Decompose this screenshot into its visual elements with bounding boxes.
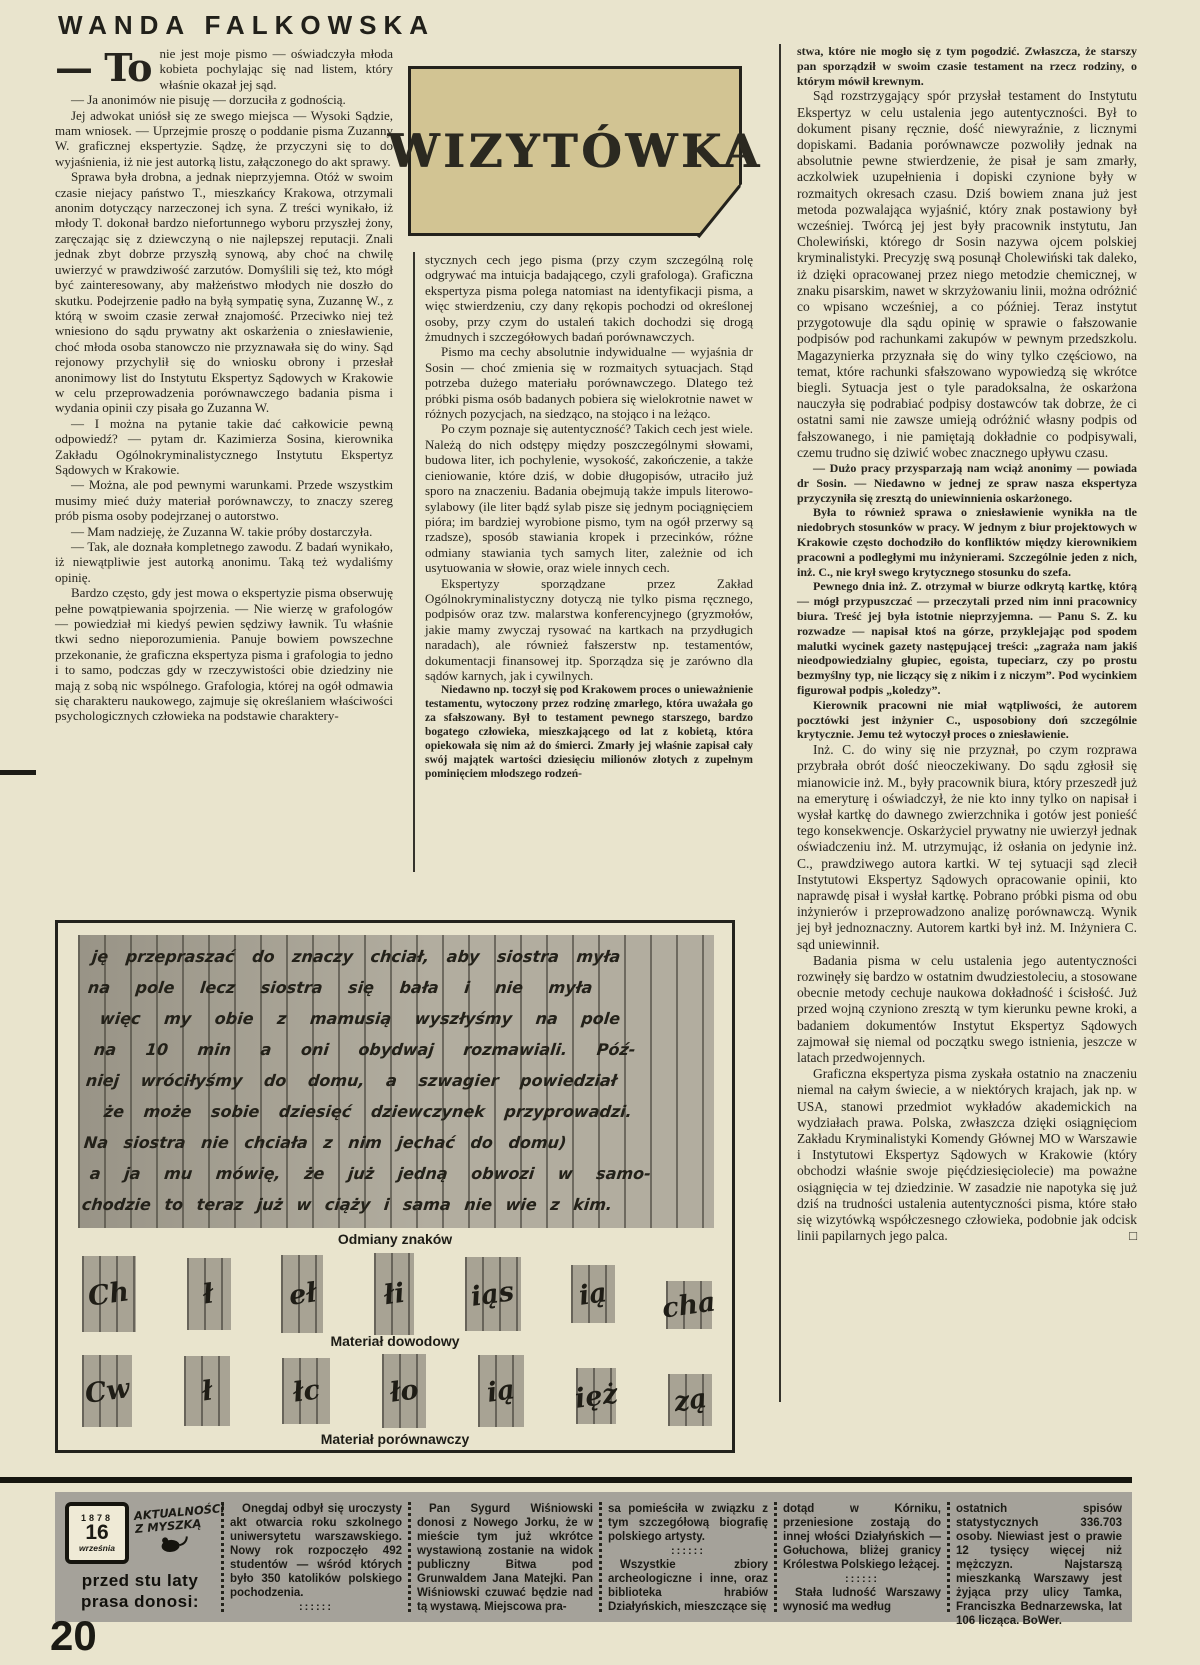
flashback-band: 1878 16 września AKTUALNOŚCI Z MYSZKĄ pr… — [55, 1492, 1132, 1622]
comparison-snippet-row: Cw ł łc ło ią ięż zą — [82, 1353, 712, 1429]
paragraph-text: Graficzna ekspertyza pisma zyskała ostat… — [797, 1066, 1137, 1243]
mouse-icon — [158, 1533, 189, 1554]
handwriting-line: na 10 min a oni obydwaj rozmawiali. Póź- — [78, 1034, 714, 1065]
paragraph-bold: Niedawno np. toczył się pod Krakowem pro… — [425, 683, 753, 781]
paragraph: Po czym poznaje się autentyczność? Takic… — [425, 421, 753, 575]
end-of-article-mark: □ — [1113, 1228, 1137, 1244]
news-item: Wszystkie zbiory archeologiczne i inne, … — [608, 1558, 768, 1614]
flashback-header: 1878 16 września AKTUALNOŚCI Z MYSZKĄ pr… — [65, 1502, 215, 1612]
figure-caption-evidence: Materiał dowodowy — [58, 1333, 732, 1349]
handwriting-line: chodzie to teraz już w ciąży i sama nie … — [78, 1189, 714, 1220]
tagline-line: przed stu laty — [65, 1570, 215, 1591]
column-divider-1 — [413, 252, 415, 872]
paragraph-bold: Kierownik pracowni nie miał wątpliwości,… — [797, 698, 1137, 742]
news-item: Stała ludność Warszawy wynosić ma według — [783, 1586, 941, 1614]
margin-dash — [0, 770, 36, 775]
dropcap: — To — [55, 46, 160, 88]
article-column-1: — Tonie jest moje pismo — oświadczyła mł… — [55, 46, 393, 724]
column-divider-2 — [779, 44, 781, 1402]
handwriting-sample-image: ję przepraszać do znaczy chciał, aby sio… — [78, 935, 714, 1228]
paragraph-bold: stwa, które nie mogło się z tym pogodzić… — [797, 44, 1137, 88]
dotted-separator — [774, 1502, 777, 1612]
article-title-box: WIZYTÓWKA — [408, 66, 742, 236]
paragraph: — Można, ale pod pewnymi warunkami. Prze… — [55, 477, 393, 523]
paragraph-bold: Była to również sprawa o zniesławienie w… — [797, 505, 1137, 579]
paragraph: Ekspertyzy sporządzane przez Zakład Ogól… — [425, 576, 753, 684]
handwriting-snippet: cha — [666, 1281, 712, 1329]
paragraph-bold: — Dużo pracy przysparzają nam wciąż anon… — [797, 461, 1137, 505]
tagline-line: prasa donosi: — [65, 1591, 215, 1612]
handwriting-snippet: ło — [382, 1354, 426, 1428]
lead-text: nie jest moje pismo — oświadczyła młoda … — [160, 46, 394, 92]
paragraph: — Mam nadzieję, że Zuzanna W. takie prób… — [55, 524, 393, 539]
snippet-glyph: iąs — [469, 1276, 516, 1313]
handwriting-line: że może sobie dziesięć dziewczynek przyp… — [78, 1096, 714, 1127]
magazine-page: WANDA FALKOWSKA — Tonie jest moje pismo … — [0, 0, 1200, 1665]
flashback-column: dotąd w Kórniku, przeniesione zostają do… — [783, 1502, 941, 1612]
section-divider-rule — [0, 1477, 1132, 1483]
handwriting-line: ję przepraszać do znaczy chciał, aby sio… — [78, 941, 714, 972]
snippet-glyph: cha — [660, 1286, 717, 1324]
paragraph: Inż. C. do winy się nie przyznał, po czy… — [797, 742, 1137, 953]
handwriting-snippet: iąs — [465, 1257, 521, 1331]
snippet-glyph: Ch — [86, 1276, 131, 1312]
dots-separator: :::::: — [608, 1546, 768, 1556]
handwriting-figure: ję przepraszać do znaczy chciał, aby sio… — [55, 920, 735, 1453]
news-item: ostatnich spisów statystycznych 336.703 … — [956, 1502, 1122, 1628]
dotted-separator — [408, 1502, 411, 1612]
paragraph: Badania pisma w celu ustalenia jego aute… — [797, 953, 1137, 1066]
handwriting-line: na pole lecz siostra się bała i nie myła — [78, 972, 714, 1003]
snippet-glyph: Cw — [83, 1373, 132, 1410]
dots-separator: :::::: — [230, 1602, 402, 1612]
snippet-glyph: łc — [291, 1374, 322, 1408]
news-item: sa pomieściła w związku z tym szczegółow… — [608, 1502, 768, 1544]
dotted-separator — [947, 1502, 950, 1612]
page-number: 20 — [50, 1612, 97, 1660]
paragraph-bold: Pewnego dnia inż. Z. otrzymał w biurze o… — [797, 579, 1137, 697]
handwriting-snippet: Cw — [82, 1355, 132, 1427]
article-title: WIZYTÓWKA — [387, 124, 762, 178]
flashback-column: ostatnich spisów statystycznych 336.703 … — [956, 1502, 1122, 1612]
handwriting-snippet: ięż — [576, 1368, 616, 1424]
dotted-separator — [599, 1502, 602, 1612]
news-item: Pan Sygurd Wiśniowski donosi z Nowego Jo… — [417, 1502, 593, 1614]
handwriting-snippet: zą — [668, 1374, 712, 1426]
calendar-day: 16 — [85, 1523, 108, 1543]
paragraph: Bardzo często, gdy jest mowa o ekspertyz… — [55, 585, 393, 724]
snippet-glyph: eł — [286, 1277, 318, 1312]
handwriting-line: Na siostra nie chciała z nim jechać do d… — [78, 1127, 714, 1158]
snippet-glyph: ł — [200, 1375, 215, 1407]
paragraph: — Ja anonimów nie pisuję — dorzuciła z g… — [55, 92, 393, 107]
handwriting-snippet: ią — [478, 1355, 524, 1427]
handwriting-snippet: ią — [571, 1265, 615, 1323]
handwriting-line: niej wróciłyśmy do domu, a szwagier powi… — [78, 1065, 714, 1096]
snippet-glyph: zą — [672, 1382, 709, 1417]
dots-separator: :::::: — [783, 1574, 941, 1584]
paragraph: — I można na pytanie takie dać całkowici… — [55, 416, 393, 478]
snippet-glyph: ięż — [573, 1378, 620, 1415]
news-item: dotąd w Kórniku, przeniesione zostają do… — [783, 1502, 941, 1572]
snippet-glyph: ią — [485, 1374, 517, 1409]
handwriting-snippet: łc — [282, 1358, 330, 1424]
evidence-snippet-row: Ch ł eł łi iąs ią cha — [82, 1253, 712, 1335]
handwriting-line: więc my obie z mamusią wyszłyśmy na pole — [78, 1003, 714, 1034]
flashback-tagline: przed stu laty prasa donosi: — [65, 1570, 215, 1612]
snippet-glyph: łi — [382, 1277, 407, 1311]
news-item: Onegdaj odbył się uroczysty akt otwarcia… — [230, 1502, 402, 1600]
paragraph: Sprawa była drobna, a jednak nieprzyjemn… — [55, 169, 393, 416]
handwriting-snippet: ł — [184, 1356, 230, 1426]
flashback-column: Onegdaj odbył się uroczysty akt otwarcia… — [230, 1502, 402, 1612]
figure-caption-variants: Odmiany znaków — [58, 1231, 732, 1247]
handwriting-snippet: Ch — [82, 1256, 136, 1332]
article-column-3: stwa, które nie mogło się z tym pogodzić… — [797, 44, 1137, 1245]
flashback-column: Pan Sygurd Wiśniowski donosi z Nowego Jo… — [417, 1502, 593, 1612]
lead-paragraph: — Tonie jest moje pismo — oświadczyła mł… — [55, 46, 393, 92]
author-byline: WANDA FALKOWSKA — [58, 10, 435, 41]
paragraph: Sąd rozstrzygający spór przysłał testame… — [797, 88, 1137, 461]
article-column-2: stycznych cech jego pisma (przy czym szc… — [425, 252, 753, 781]
paragraph: — Tak, ale doznała kompletnego zawodu. Z… — [55, 539, 393, 585]
handwriting-snippet: ł — [187, 1258, 231, 1330]
paragraph: Jej adwokat uniósł się ze swego miejsca … — [55, 108, 393, 170]
snippet-glyph: ło — [388, 1374, 420, 1409]
calendar-icon: 1878 16 września — [65, 1502, 129, 1564]
handwriting-line: a ja mu mówię, że już jedną obwozi w sam… — [78, 1158, 714, 1189]
paragraph: stycznych cech jego pisma (przy czym szc… — [425, 252, 753, 344]
snippet-glyph: ią — [577, 1277, 609, 1312]
paragraph: Pismo ma cechy absolutnie indywidualne —… — [425, 344, 753, 421]
paragraph: Graficzna ekspertyza pisma zyskała ostat… — [797, 1066, 1137, 1244]
snippet-glyph: ł — [201, 1278, 216, 1310]
flashback-column: sa pomieściła w związku z tym szczegółow… — [608, 1502, 768, 1612]
flashback-header-top: 1878 16 września AKTUALNOŚCI Z MYSZKĄ — [65, 1502, 215, 1564]
figure-caption-comparison: Materiał porównawczy — [58, 1431, 732, 1447]
aktualnosci-logo: AKTUALNOŚCI Z MYSZKĄ — [133, 1498, 228, 1556]
handwriting-snippet: łi — [374, 1253, 414, 1335]
handwriting-snippet: eł — [281, 1255, 323, 1333]
calendar-month: września — [79, 1543, 115, 1553]
